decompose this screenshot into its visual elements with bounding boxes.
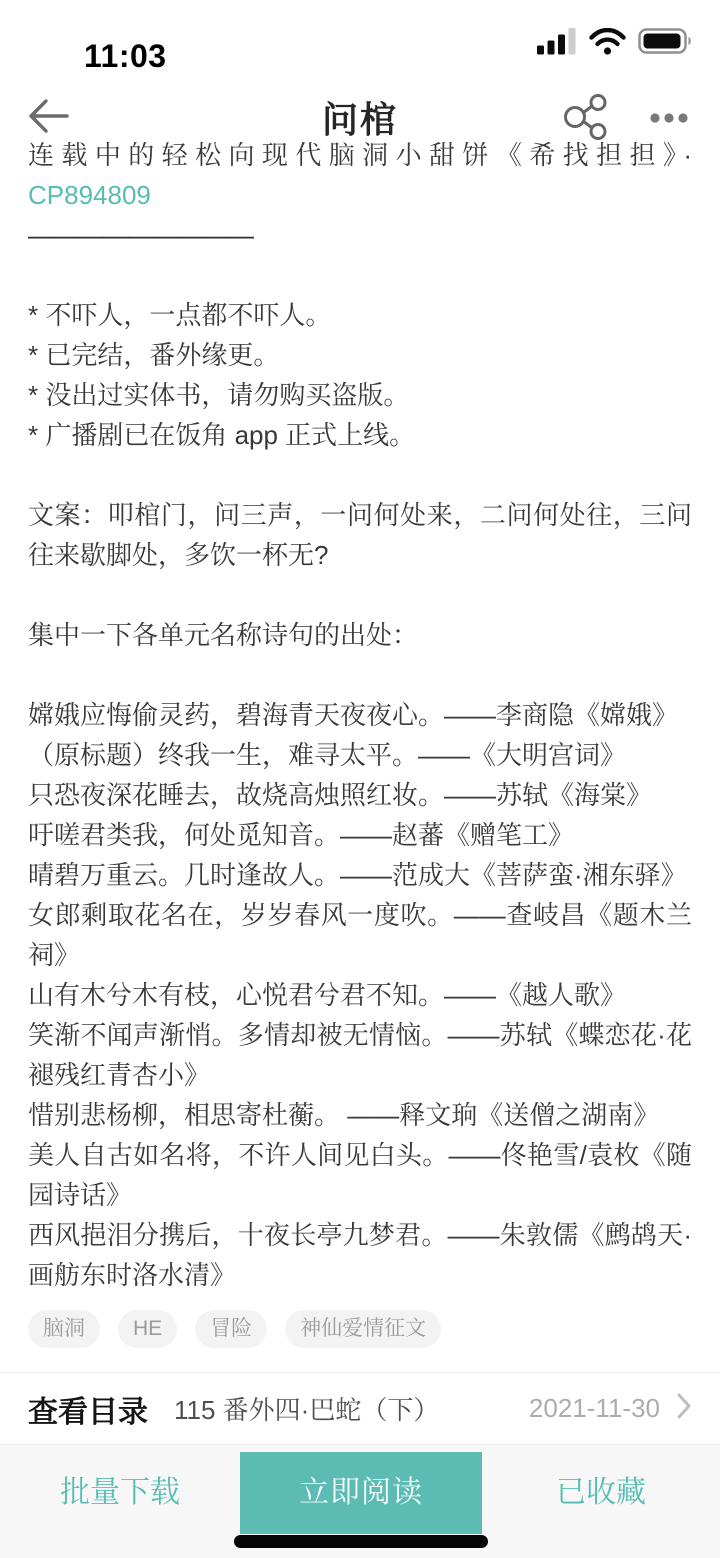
spacer (28, 455, 692, 495)
text-divider: ————————— (28, 215, 692, 255)
status-time: 11:03 (84, 38, 167, 75)
cellular-signal-icon (537, 26, 577, 60)
tag-chip[interactable]: 冒险 (195, 1310, 267, 1348)
novel-detail-screen: 连载中的轻松向现代脑洞小甜饼《希找担担》· CP894809 —————————… (0, 0, 720, 1558)
note-line: * 没出过实体书，请勿购买盗版。 (28, 375, 692, 415)
cp-link[interactable]: CP894809 (28, 180, 151, 210)
note-line: * 不吓人，一点都不吓人。 (28, 295, 692, 335)
summary-paragraph: 文案：叩棺门，问三声，一问何处来，二问何处往，三问往来歇脚处，多饮一杯无? (28, 495, 692, 575)
poem-source-line: 嫦娥应悔偷灵药，碧海青天夜夜心。——李商隐《嫦娥》 (28, 695, 692, 735)
spacer (28, 255, 692, 295)
poem-source-line: 吁嗟君类我，何处觅知音。——赵蕃《赠笔工》 (28, 815, 692, 855)
note-line: * 广播剧已在饭角 app 正式上线。 (28, 415, 692, 455)
spacer (28, 575, 692, 615)
poem-source-line: 惜别悲杨柳，相思寄杜蘅。 ——释文珦《送僧之湖南》 (28, 1095, 692, 1135)
page-title: 问棺 (0, 92, 720, 143)
latest-chapter: 115 番外四·巴蛇（下） (174, 1390, 529, 1427)
tag-list: 脑洞 HE 冒险 神仙爱情征文 (28, 1310, 441, 1348)
home-indicator[interactable] (234, 1535, 488, 1548)
top-chrome: 11:03 (0, 0, 720, 142)
poem-source-line: 晴碧万重云。几时逢故人。——范成大《菩萨蛮·湘东驿》 (28, 855, 692, 895)
tag-chip[interactable]: 脑洞 (28, 1310, 100, 1348)
view-catalog-row[interactable]: 查看目录 115 番外四·巴蛇（下） 2021-11-30 (0, 1372, 720, 1444)
status-icons (537, 26, 694, 60)
sources-intro-line: 集中一下各单元名称诗句的出处： (28, 615, 692, 655)
poem-source-line: 美人自古如名将，不许人间见白头。——佟艳雪/袁枚《随园诗话》 (28, 1135, 692, 1215)
battery-icon (638, 27, 694, 60)
novel-description: 连载中的轻松向现代脑洞小甜饼《希找担担》· CP894809 —————————… (28, 135, 692, 1295)
more-options-icon[interactable] (646, 98, 692, 138)
poem-source-line: 女郎剩取花名在，岁岁春风一度吹。——查岐昌《题木兰祠》 (28, 895, 692, 975)
read-now-button[interactable]: 立即阅读 (240, 1452, 482, 1534)
tag-chip[interactable]: HE (118, 1310, 177, 1348)
poem-source-line: 山有木兮木有枝，心悦君兮君不知。——《越人歌》 (28, 975, 692, 1015)
update-date: 2021-11-30 (529, 1393, 660, 1424)
chevron-right-icon (676, 1392, 692, 1425)
nav-bar: 问棺 (0, 90, 720, 142)
share-icon[interactable] (564, 94, 608, 140)
poem-source-line: （原标题）终我一生，难寻太平。——《大明宫词》 (28, 735, 692, 775)
poem-source-line: 西风挹泪分携后，十夜长亭九梦君。——朱敦儒《鹧鸪天·画舫东时洛水清》 (28, 1215, 692, 1295)
note-line: * 已完结，番外缘更。 (28, 335, 692, 375)
collected-button[interactable]: 已收藏 (482, 1452, 720, 1534)
spacer (28, 655, 692, 695)
batch-download-button[interactable]: 批量下载 (0, 1452, 240, 1534)
wifi-icon (589, 28, 626, 60)
poem-source-line: 笑渐不闻声渐悄。多情却被无情恼。——苏轼《蝶恋花·花褪残红青杏小》 (28, 1015, 692, 1095)
tag-chip[interactable]: 神仙爱情征文 (285, 1310, 441, 1348)
poem-source-line: 只恐夜深花睡去，故烧高烛照红妆。——苏轼《海棠》 (28, 775, 692, 815)
view-catalog-label: 查看目录 (28, 1387, 148, 1431)
